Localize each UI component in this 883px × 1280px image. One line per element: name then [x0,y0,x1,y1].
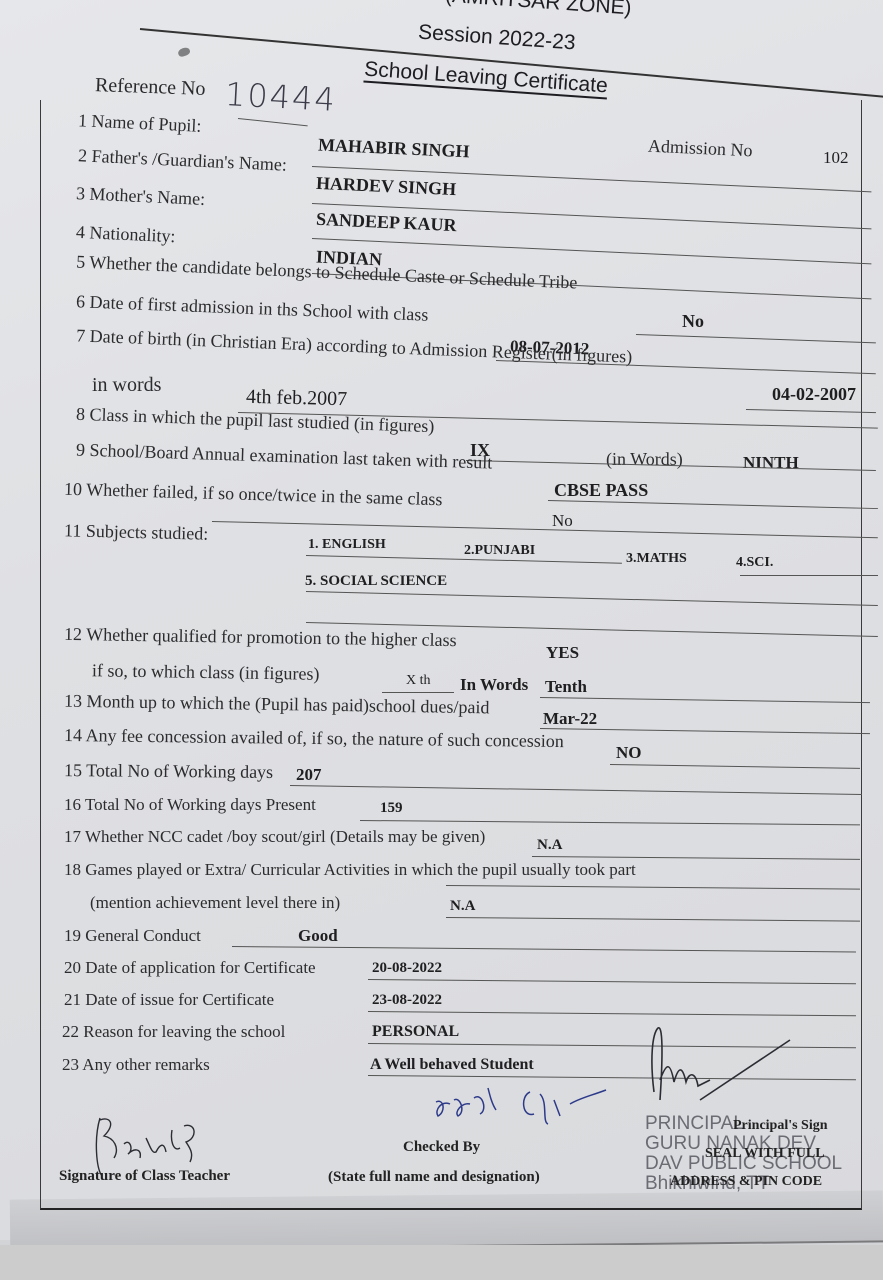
field-4-label: 4 Nationality: [76,222,176,247]
next-class-figures-line [382,692,454,693]
field-19-label: 19 General Conduct [64,926,201,946]
in-words-label-12: In Words [460,675,528,695]
next-class-figures: X th [406,673,431,689]
field-15-label: 15 Total No of Working days [64,760,273,783]
reference-label: Reference No [95,74,206,101]
last-class-words: NINTH [743,453,799,473]
subject-1: 1. ENGLISH [308,537,386,553]
field-11-label: 11 Subjects studied: [64,520,209,545]
reference-number: 10444 [224,75,338,119]
dues-paid-month: Mar-22 [543,709,597,729]
address-label: ADDRESS & PIN CODE [670,1174,822,1190]
field-18b-label: (mention achievement level there in) [90,893,340,913]
in-words-label: in words [92,374,161,397]
field-21-label: 21 Date of issue for Certificate [64,990,274,1010]
fee-concession-value: NO [616,743,642,763]
class-teacher-label: Signature of Class Teacher [59,1168,230,1185]
activities-value: N.A [450,898,475,915]
general-conduct: Good [298,926,338,946]
field-12b-label: if so, to which class (in figures) [92,660,320,685]
promotion-value: YES [546,643,579,663]
working-days: 207 [296,765,322,785]
exam-result: CBSE PASS [554,480,648,501]
field-17-label: 17 Whether NCC cadet /boy scout/girl (De… [64,827,485,847]
principal-signature [640,1020,810,1110]
admission-number: 102 [823,148,849,168]
dob-figures: 04-02-2007 [772,384,856,405]
seal-label: SEAL WITH FULL [705,1146,825,1162]
leaving-reason: PERSONAL [372,1023,459,1041]
field-20-label: 20 Date of application for Certificate [64,958,316,978]
subject-3: 3.MATHS [626,551,687,567]
checked-by-label: Checked By [403,1139,480,1156]
days-present: 159 [380,800,403,817]
remarks-value: A Well behaved Student [370,1056,534,1074]
issue-date: 23-08-2022 [372,992,442,1009]
checker-signature [430,1082,630,1132]
field-16-label: 16 Total No of Working days Present [64,795,316,815]
in-words-label-8: (in Words) [606,449,683,470]
principal-sign-label: Principal's Sign [733,1118,828,1134]
field-22-label: 22 Reason for leaving the school [62,1022,285,1042]
field-23-label: 23 Any other remarks [62,1055,210,1075]
field-18-label: 18 Games played or Extra/ Curricular Act… [64,860,636,880]
background-surface [0,1245,883,1280]
failed-value: No [552,511,573,531]
application-date: 20-08-2022 [372,960,442,977]
next-class-words: Tenth [545,677,587,697]
subject-5: 5. SOCIAL SCIENCE [305,573,447,590]
subject-2: 2.PUNJABI [464,543,535,559]
subject-4: 4.SCI. [736,555,773,571]
subjects-line-1b [740,575,878,576]
sc-st-value: No [682,311,704,332]
ncc-value: N.A [537,837,562,854]
checked-by-sub-label: (State full name and designation) [328,1169,540,1186]
dob-words: 4th feb.2007 [246,386,348,411]
